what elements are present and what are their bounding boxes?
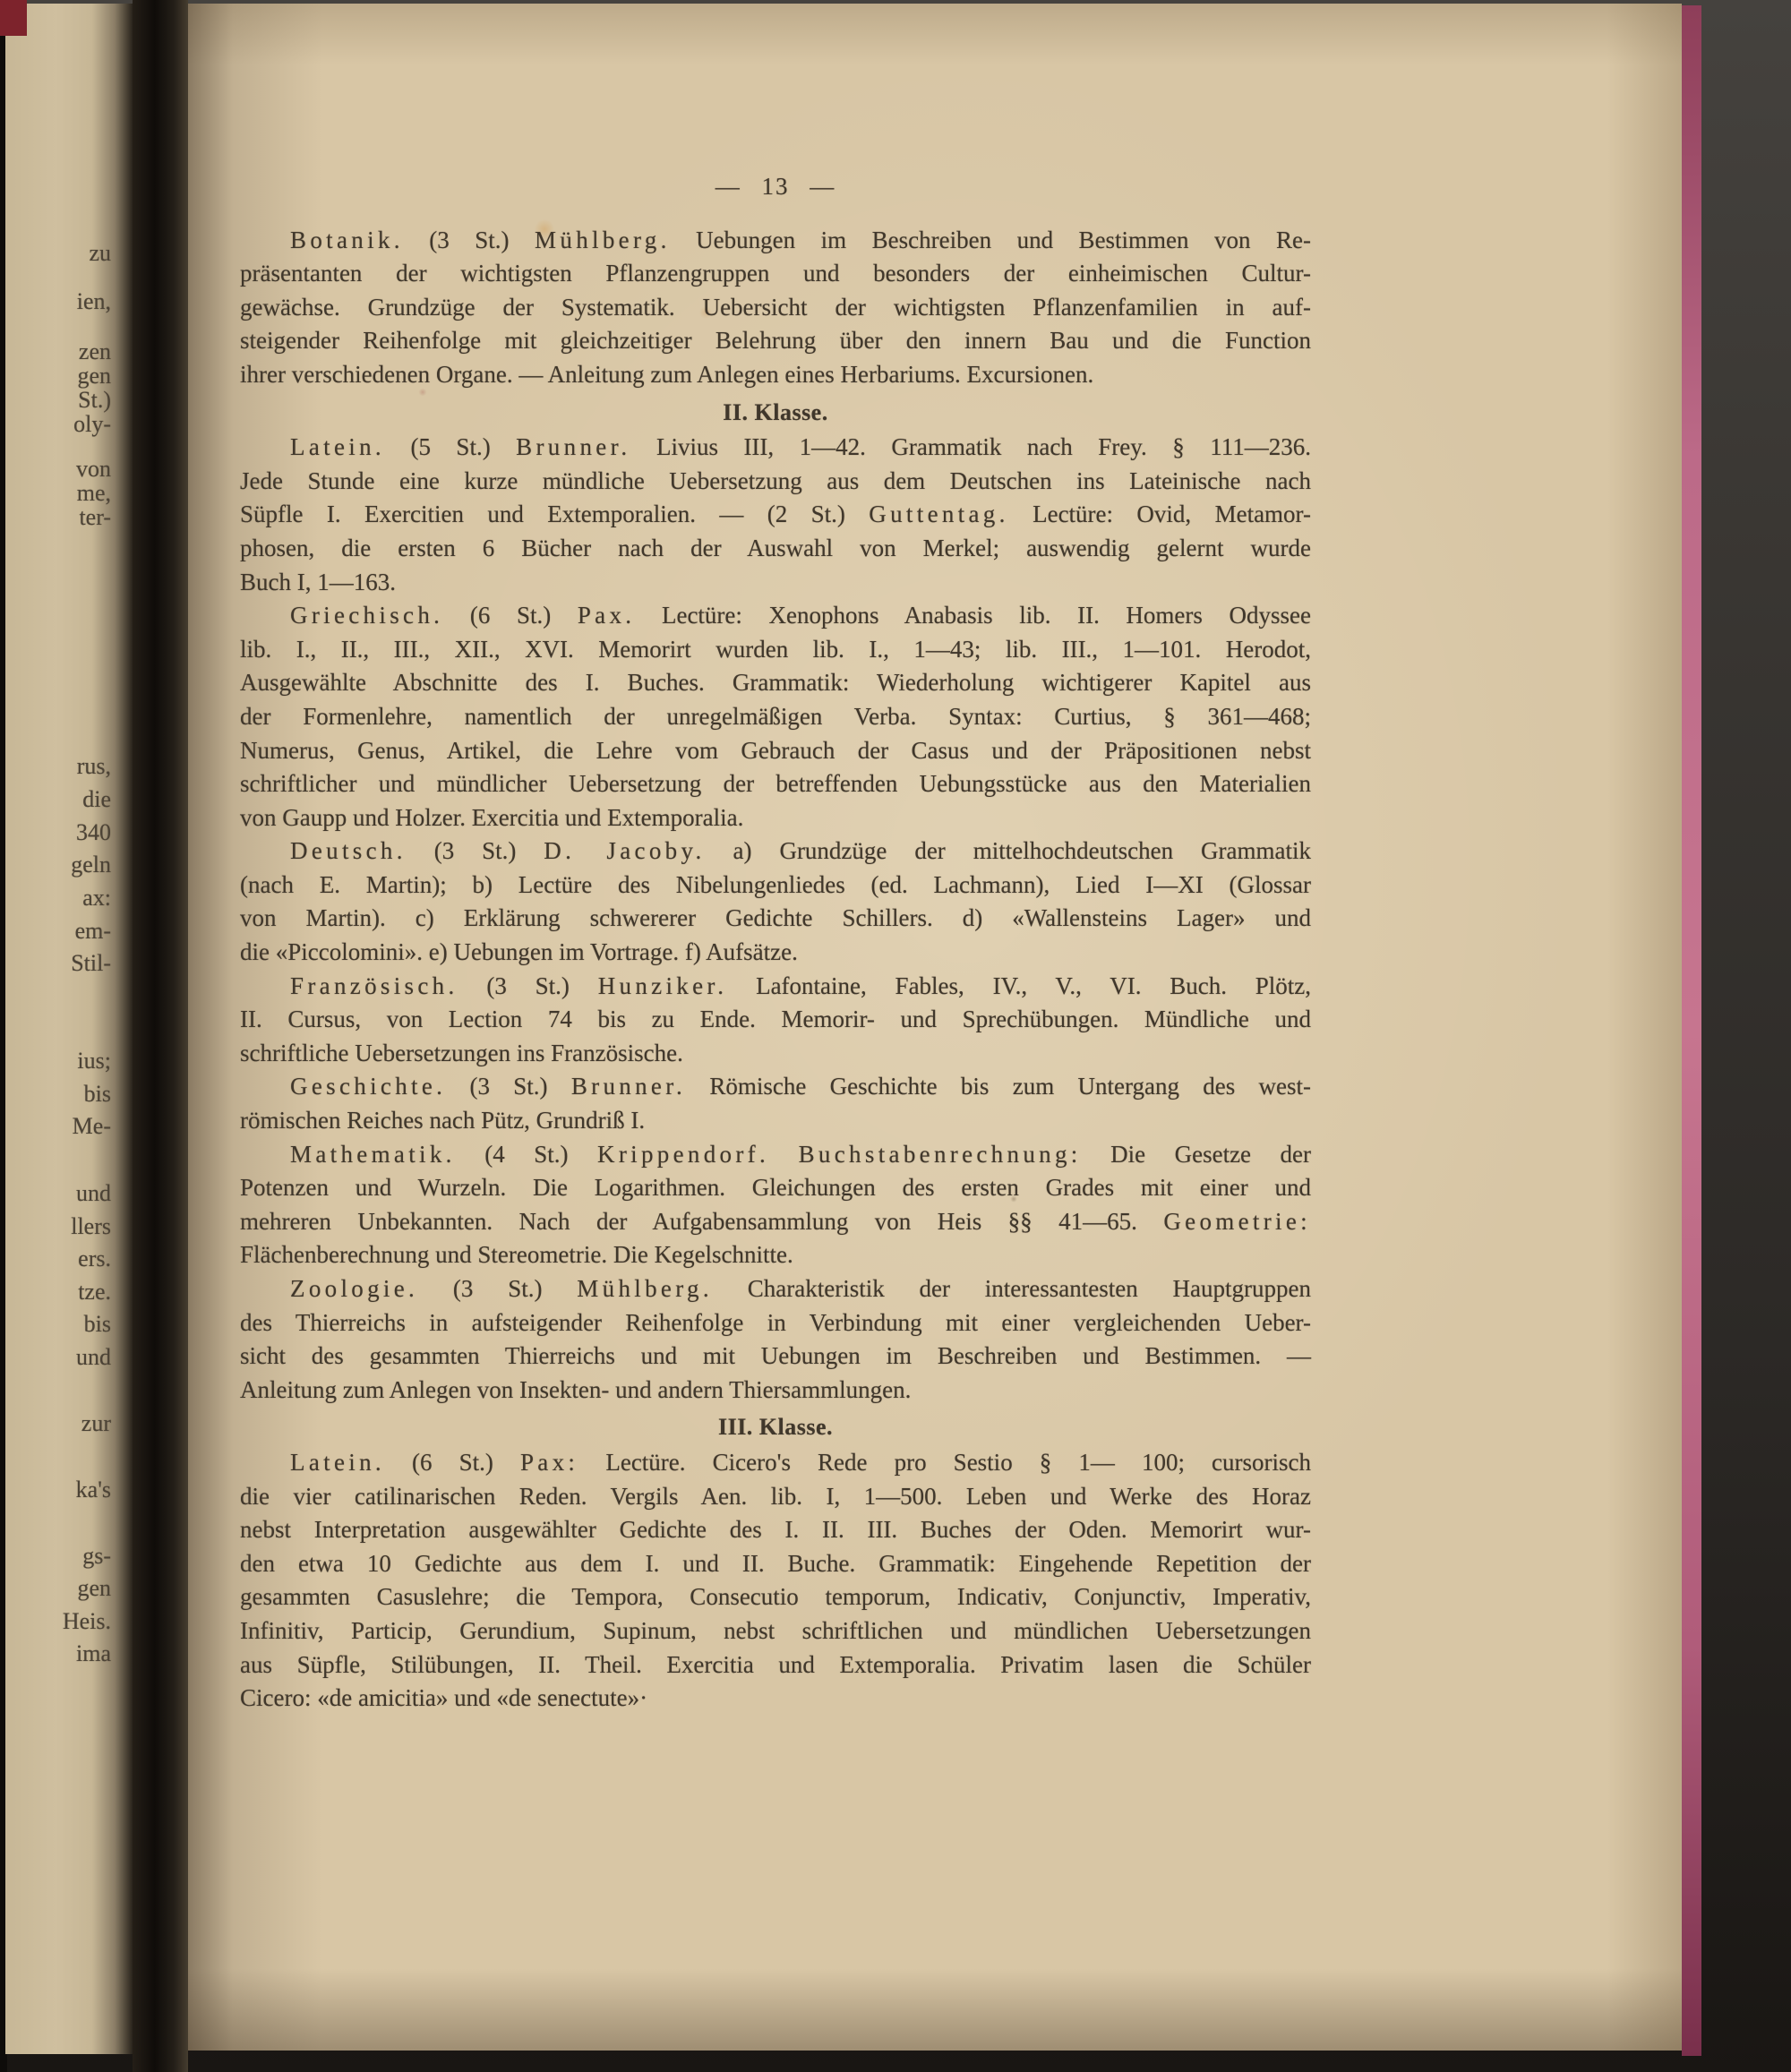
text-line: Jede Stunde eine kurze mündliche Ueberse…: [240, 465, 1311, 499]
text-run: (3 St.): [418, 1275, 577, 1302]
text-run: Lectüre: Ovid, Metamor-: [1009, 501, 1311, 527]
letterspaced-term: Mathematik.: [290, 1141, 456, 1168]
text-run: Buch I, 1—163.: [240, 569, 396, 595]
book-fore-edge: [1682, 5, 1701, 2056]
facing-page-text-fragment: gs-: [82, 1543, 111, 1570]
paragraph-franzoesisch: Französisch. (3 St.) Hunziker. Lafontain…: [240, 970, 1311, 1071]
text-line: Cicero: «de amicitia» und «de senectute»…: [240, 1682, 1311, 1716]
facing-page-text-fragment: von: [76, 456, 111, 483]
letterspaced-term: Pax:: [520, 1449, 578, 1476]
facing-page-text-fragment: ien,: [77, 288, 111, 315]
facing-page-text-fragment: gen: [77, 1575, 111, 1602]
facing-page-text-fragment: ius;: [77, 1048, 111, 1075]
text-run: Süpfle I. Exercitien und Extemporalien. …: [240, 501, 869, 527]
facing-page-text-fragment: zur: [81, 1410, 111, 1437]
letterspaced-term: Mühlberg.: [535, 227, 671, 253]
letterspaced-term: Deutsch.: [290, 837, 407, 864]
text-run: (3 St.): [446, 1073, 571, 1100]
facing-page-text-fragment: ter-: [79, 504, 111, 531]
text-line: des Thierreichs in aufsteigender Reihenf…: [240, 1306, 1311, 1340]
binding-red-corner: [0, 0, 27, 36]
text-run: (5 St.): [385, 433, 516, 460]
text-run: nebst Interpretation ausgewählter Gedich…: [240, 1516, 1311, 1543]
facing-page-text-fragment: ers.: [78, 1246, 111, 1272]
letterspaced-term: D. Jacoby.: [544, 837, 705, 864]
text-run: Lafontaine, Fables, IV., V., VI. Buch. P…: [727, 972, 1311, 999]
letterspaced-term: Krippendorf.: [597, 1141, 769, 1168]
text-run: des Thierreichs in aufsteigender Reihenf…: [240, 1309, 1311, 1336]
text-run: steigender Reihenfolge mit gleichzeitige…: [240, 327, 1311, 354]
heading-klasse-2: II. Klasse.: [240, 396, 1311, 430]
letterspaced-term: Guttentag.: [869, 501, 1008, 527]
text-line: Buch I, 1—163.: [240, 566, 1311, 600]
facing-page-text-fragment: Heis.: [63, 1608, 111, 1635]
text-run: Lectüre: Xenophons Anabasis lib. II. Hom…: [635, 602, 1311, 629]
paragraph-zoologie: Zoologie. (3 St.) Mühlberg. Charakterist…: [240, 1272, 1311, 1407]
text-line: den etwa 10 Gedichte aus dem I. und II. …: [240, 1547, 1311, 1581]
text-run: Cicero: «de amicitia» und «de senectute»…: [240, 1684, 647, 1711]
text-run: (3 St.): [407, 837, 544, 864]
facing-page-text-fragment: und: [76, 1344, 111, 1371]
text-run: ihrer verschiedenen Organe. — Anleitung …: [240, 361, 1093, 388]
facing-page-text-fragment: zen: [79, 338, 111, 365]
text-run: Uebungen im Beschreiben und Bestimmen vo…: [671, 227, 1311, 253]
text-run: sicht des gesammten Thierreichs und mit …: [240, 1342, 1311, 1369]
text-run: Ausgewählte Abschnitte des I. Buches. Gr…: [240, 669, 1311, 696]
letterspaced-term: Buchstabenrechnung:: [799, 1141, 1082, 1168]
text-line: ihrer verschiedenen Organe. — Anleitung …: [240, 358, 1311, 392]
text-run: (nach E. Martin); b) Lectüre des Nibelun…: [240, 871, 1311, 898]
text-run: Jede Stunde eine kurze mündliche Ueberse…: [240, 467, 1311, 494]
facing-page-text-fragment: ax:: [82, 885, 111, 912]
text-run: (4 St.): [456, 1141, 597, 1168]
text-line: Süpfle I. Exercitien und Extemporalien. …: [240, 498, 1311, 532]
facing-page-text-fragment: gen: [77, 363, 111, 390]
text-run: von Martin). c) Erklärung schwererer Ged…: [240, 904, 1311, 931]
text-run: Potenzen und Wurzeln. Die Logarithmen. G…: [240, 1174, 1311, 1201]
text-run: Numerus, Genus, Artikel, die Lehre vom G…: [240, 737, 1311, 764]
text-line: Griechisch. (6 St.) Pax. Lectüre: Xenoph…: [240, 599, 1311, 633]
facing-page-text-fragment: em-: [75, 918, 111, 945]
text-line: die vier catilinarischen Reden. Vergils …: [240, 1480, 1311, 1514]
facing-page-text-fragment: ka's: [76, 1477, 111, 1503]
text-line: schriftlicher und mündlicher Uebersetzun…: [240, 767, 1311, 801]
scanned-book-spread: { "page": { "number_display": "— 13 —" }…: [0, 0, 1791, 2072]
facing-page-text-fragment: bis: [84, 1081, 111, 1108]
text-line: der Formenlehre, namentlich der unregelm…: [240, 700, 1311, 734]
text-line: Latein. (5 St.) Brunner. Livius III, 1—4…: [240, 431, 1311, 465]
facing-page-text-fragment: oly-: [73, 411, 111, 438]
paragraph-latein-3: Latein. (6 St.) Pax: Lectüre. Cicero's R…: [240, 1446, 1311, 1716]
text-line: die «Piccolomini». e) Uebungen im Vortra…: [240, 936, 1311, 970]
text-line: Mathematik. (4 St.) Krippendorf. Buchsta…: [240, 1138, 1311, 1172]
text-line: von Gaupp und Holzer. Exercitia und Exte…: [240, 801, 1311, 835]
text-line: Numerus, Genus, Artikel, die Lehre vom G…: [240, 734, 1311, 768]
text-run: mehreren Unbekannten. Nach der Aufgabens…: [240, 1208, 1163, 1235]
text-run: die vier catilinarischen Reden. Vergils …: [240, 1483, 1311, 1510]
text-run: Lectüre. Cicero's Rede pro Sestio § 1— 1…: [578, 1449, 1311, 1476]
text-line: Botanik. (3 St.) Mühlberg. Uebungen im B…: [240, 224, 1311, 258]
heading-klasse-3: III. Klasse.: [240, 1410, 1311, 1444]
text-line: präsentanten der wichtigsten Pflanzengru…: [240, 257, 1311, 291]
text-run: Livius III, 1—42. Grammatik nach Frey. §…: [630, 433, 1311, 460]
text-run: a) Grundzüge der mittelhochdeutschen Gra…: [706, 837, 1311, 864]
text-run: Charakteristik der interessantesten Haup…: [713, 1275, 1311, 1302]
paragraph-botanik: Botanik. (3 St.) Mühlberg. Uebungen im B…: [240, 224, 1311, 392]
letterspaced-term: Botanik.: [290, 227, 404, 253]
page-content: — 13 —Botanik. (3 St.) Mühlberg. Uebunge…: [240, 170, 1311, 1716]
text-run: (3 St.): [458, 972, 598, 999]
letterspaced-term: Pax.: [578, 602, 636, 629]
text-line: Latein. (6 St.) Pax: Lectüre. Cicero's R…: [240, 1446, 1311, 1480]
text-line: nebst Interpretation ausgewählter Gedich…: [240, 1513, 1311, 1547]
text-run: gesammten Casuslehre; die Tempora, Conse…: [240, 1583, 1311, 1610]
facing-page-text-fragment: llers: [71, 1213, 111, 1240]
letterspaced-term: Latein.: [290, 433, 385, 460]
facing-page-text-fragment: ima: [76, 1640, 111, 1667]
text-run: (3 St.): [404, 227, 535, 253]
facing-page-text-fragment: und: [76, 1180, 111, 1207]
letterspaced-term: Geometrie:: [1163, 1208, 1311, 1235]
facing-page-text-fragment: rus,: [77, 753, 111, 780]
facing-page-text-fragment: Stil-: [71, 950, 111, 977]
letterspaced-term: Hunziker.: [598, 972, 728, 999]
letterspaced-term: Zoologie.: [290, 1275, 418, 1302]
book-page: — 13 —Botanik. (3 St.) Mühlberg. Uebunge…: [188, 4, 1682, 2051]
text-run: Infinitiv, Particip, Gerundium, Supinum,…: [240, 1617, 1311, 1644]
text-line: von Martin). c) Erklärung schwererer Ged…: [240, 902, 1311, 936]
text-line: Zoologie. (3 St.) Mühlberg. Charakterist…: [240, 1272, 1311, 1306]
text-run: aus Süpfle, Stilübungen, II. Theil. Exer…: [240, 1651, 1311, 1678]
text-line: schriftliche Uebersetzungen ins Französi…: [240, 1037, 1311, 1071]
text-line: Ausgewählte Abschnitte des I. Buches. Gr…: [240, 666, 1311, 700]
text-run: Flächenberechnung und Stereometrie. Die …: [240, 1241, 793, 1268]
paragraph-griechisch: Griechisch. (6 St.) Pax. Lectüre: Xenoph…: [240, 599, 1311, 835]
letterspaced-term: Mühlberg.: [577, 1275, 713, 1302]
letterspaced-term: Französisch.: [290, 972, 458, 999]
text-line: (nach E. Martin); b) Lectüre des Nibelun…: [240, 869, 1311, 903]
text-run: [769, 1141, 799, 1168]
paragraph-mathematik: Mathematik. (4 St.) Krippendorf. Buchsta…: [240, 1138, 1311, 1272]
text-line: Deutsch. (3 St.) D. Jacoby. a) Grundzüge…: [240, 835, 1311, 869]
text-run: lib. I., II., III., XII., XVI. Memorirt …: [240, 636, 1311, 663]
text-run: präsentanten der wichtigsten Pflanzengru…: [240, 260, 1311, 287]
paragraph-geschichte: Geschichte. (3 St.) Brunner. Römische Ge…: [240, 1070, 1311, 1137]
text-run: (6 St.): [385, 1449, 520, 1476]
letterspaced-term: Brunner.: [516, 433, 630, 460]
facing-page-text-fragment: Me-: [73, 1113, 111, 1140]
letterspaced-term: Latein.: [290, 1449, 385, 1476]
text-run: von Gaupp und Holzer. Exercitia und Exte…: [240, 804, 743, 831]
page-number: — 13 —: [240, 170, 1311, 204]
text-line: Flächenberechnung und Stereometrie. Die …: [240, 1238, 1311, 1272]
letterspaced-term: Griechisch.: [290, 602, 443, 629]
text-run: die «Piccolomini». e) Uebungen im Vortra…: [240, 938, 798, 965]
text-line: Potenzen und Wurzeln. Die Logarithmen. G…: [240, 1171, 1311, 1205]
text-line: Französisch. (3 St.) Hunziker. Lafontain…: [240, 970, 1311, 1004]
text-run: den etwa 10 Gedichte aus dem I. und II. …: [240, 1550, 1311, 1577]
facing-page-text-fragment: me,: [77, 480, 111, 507]
paragraph-deutsch: Deutsch. (3 St.) D. Jacoby. a) Grundzüge…: [240, 835, 1311, 969]
text-line: gewächse. Grundzüge der Systematik. Uebe…: [240, 291, 1311, 325]
text-run: schriftliche Uebersetzungen ins Französi…: [240, 1040, 683, 1066]
text-run: Die Gesetze der: [1082, 1141, 1311, 1168]
text-line: Anleitung zum Anlegen von Insekten- und …: [240, 1374, 1311, 1408]
paragraph-latein-2: Latein. (5 St.) Brunner. Livius III, 1—4…: [240, 431, 1311, 599]
facing-page-text-fragment: St.): [78, 387, 111, 414]
facing-page-text-fragment: bis: [84, 1311, 111, 1338]
text-run: (6 St.): [443, 602, 578, 629]
text-line: II. Cursus, von Lection 74 bis zu Ende. …: [240, 1003, 1311, 1037]
text-line: römischen Reiches nach Pütz, Grundriß I.: [240, 1104, 1311, 1138]
text-run: gewächse. Grundzüge der Systematik. Uebe…: [240, 294, 1311, 321]
text-run: Römische Geschichte bis zum Untergang de…: [686, 1073, 1311, 1100]
text-line: Geschichte. (3 St.) Brunner. Römische Ge…: [240, 1070, 1311, 1104]
text-line: lib. I., II., III., XII., XVI. Memorirt …: [240, 633, 1311, 667]
text-run: der Formenlehre, namentlich der unregelm…: [240, 703, 1311, 730]
text-line: gesammten Casuslehre; die Tempora, Conse…: [240, 1580, 1311, 1614]
text-line: mehreren Unbekannten. Nach der Aufgabens…: [240, 1205, 1311, 1239]
text-line: steigender Reihenfolge mit gleichzeitige…: [240, 324, 1311, 358]
text-line: sicht des gesammten Thierreichs und mit …: [240, 1340, 1311, 1374]
text-line: phosen, die ersten 6 Bücher nach der Aus…: [240, 532, 1311, 566]
facing-page-text-fragment: 340: [76, 819, 111, 846]
text-run: II. Cursus, von Lection 74 bis zu Ende. …: [240, 1006, 1311, 1032]
gutter-shadow: [133, 0, 188, 2072]
facing-page-fragments: zuien,zengenSt.)oly-vonme,ter-rus,die340…: [5, 4, 133, 2054]
facing-page-text-fragment: zu: [89, 240, 111, 267]
text-run: phosen, die ersten 6 Bücher nach der Aus…: [240, 535, 1311, 561]
text-run: schriftlicher und mündlicher Uebersetzun…: [240, 770, 1311, 797]
letterspaced-term: Geschichte.: [290, 1073, 446, 1100]
letterspaced-term: Brunner.: [571, 1073, 686, 1100]
text-line: aus Süpfle, Stilübungen, II. Theil. Exer…: [240, 1648, 1311, 1682]
text-run: Anleitung zum Anlegen von Insekten- und …: [240, 1376, 911, 1403]
text-line: Infinitiv, Particip, Gerundium, Supinum,…: [240, 1614, 1311, 1648]
text-run: römischen Reiches nach Pütz, Grundriß I.: [240, 1107, 645, 1134]
facing-page-text-fragment: geln: [71, 852, 111, 878]
facing-page-text-fragment: tze.: [78, 1279, 111, 1306]
facing-page-text-fragment: die: [82, 786, 111, 813]
